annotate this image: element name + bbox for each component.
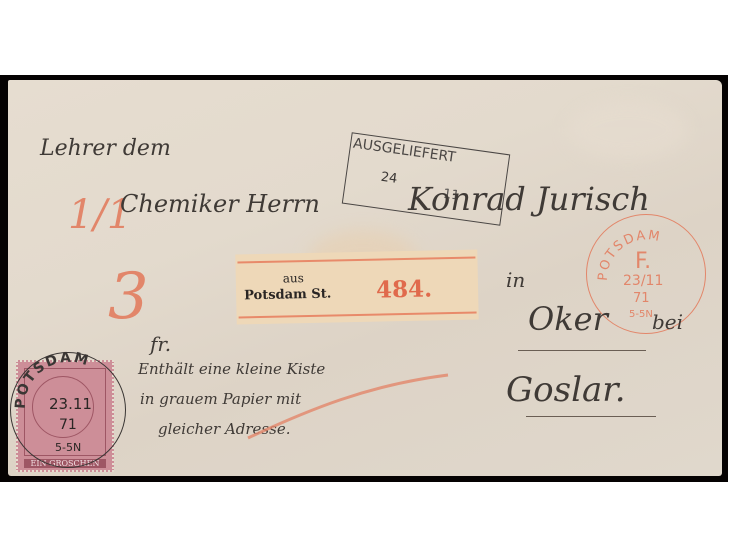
stamp-potsdam-postmark: POTSDAM 23.11 71 5-5N — [10, 352, 126, 468]
stamp-postmark-year: 71 — [59, 417, 77, 433]
envelope: Lehrer dem AUSGELIEFERT 24 11 1/1 3 Chem… — [8, 80, 722, 476]
stamp-postmark-time: 5-5N — [55, 441, 81, 454]
stamp-postmark-date: 23.11 — [49, 395, 92, 413]
